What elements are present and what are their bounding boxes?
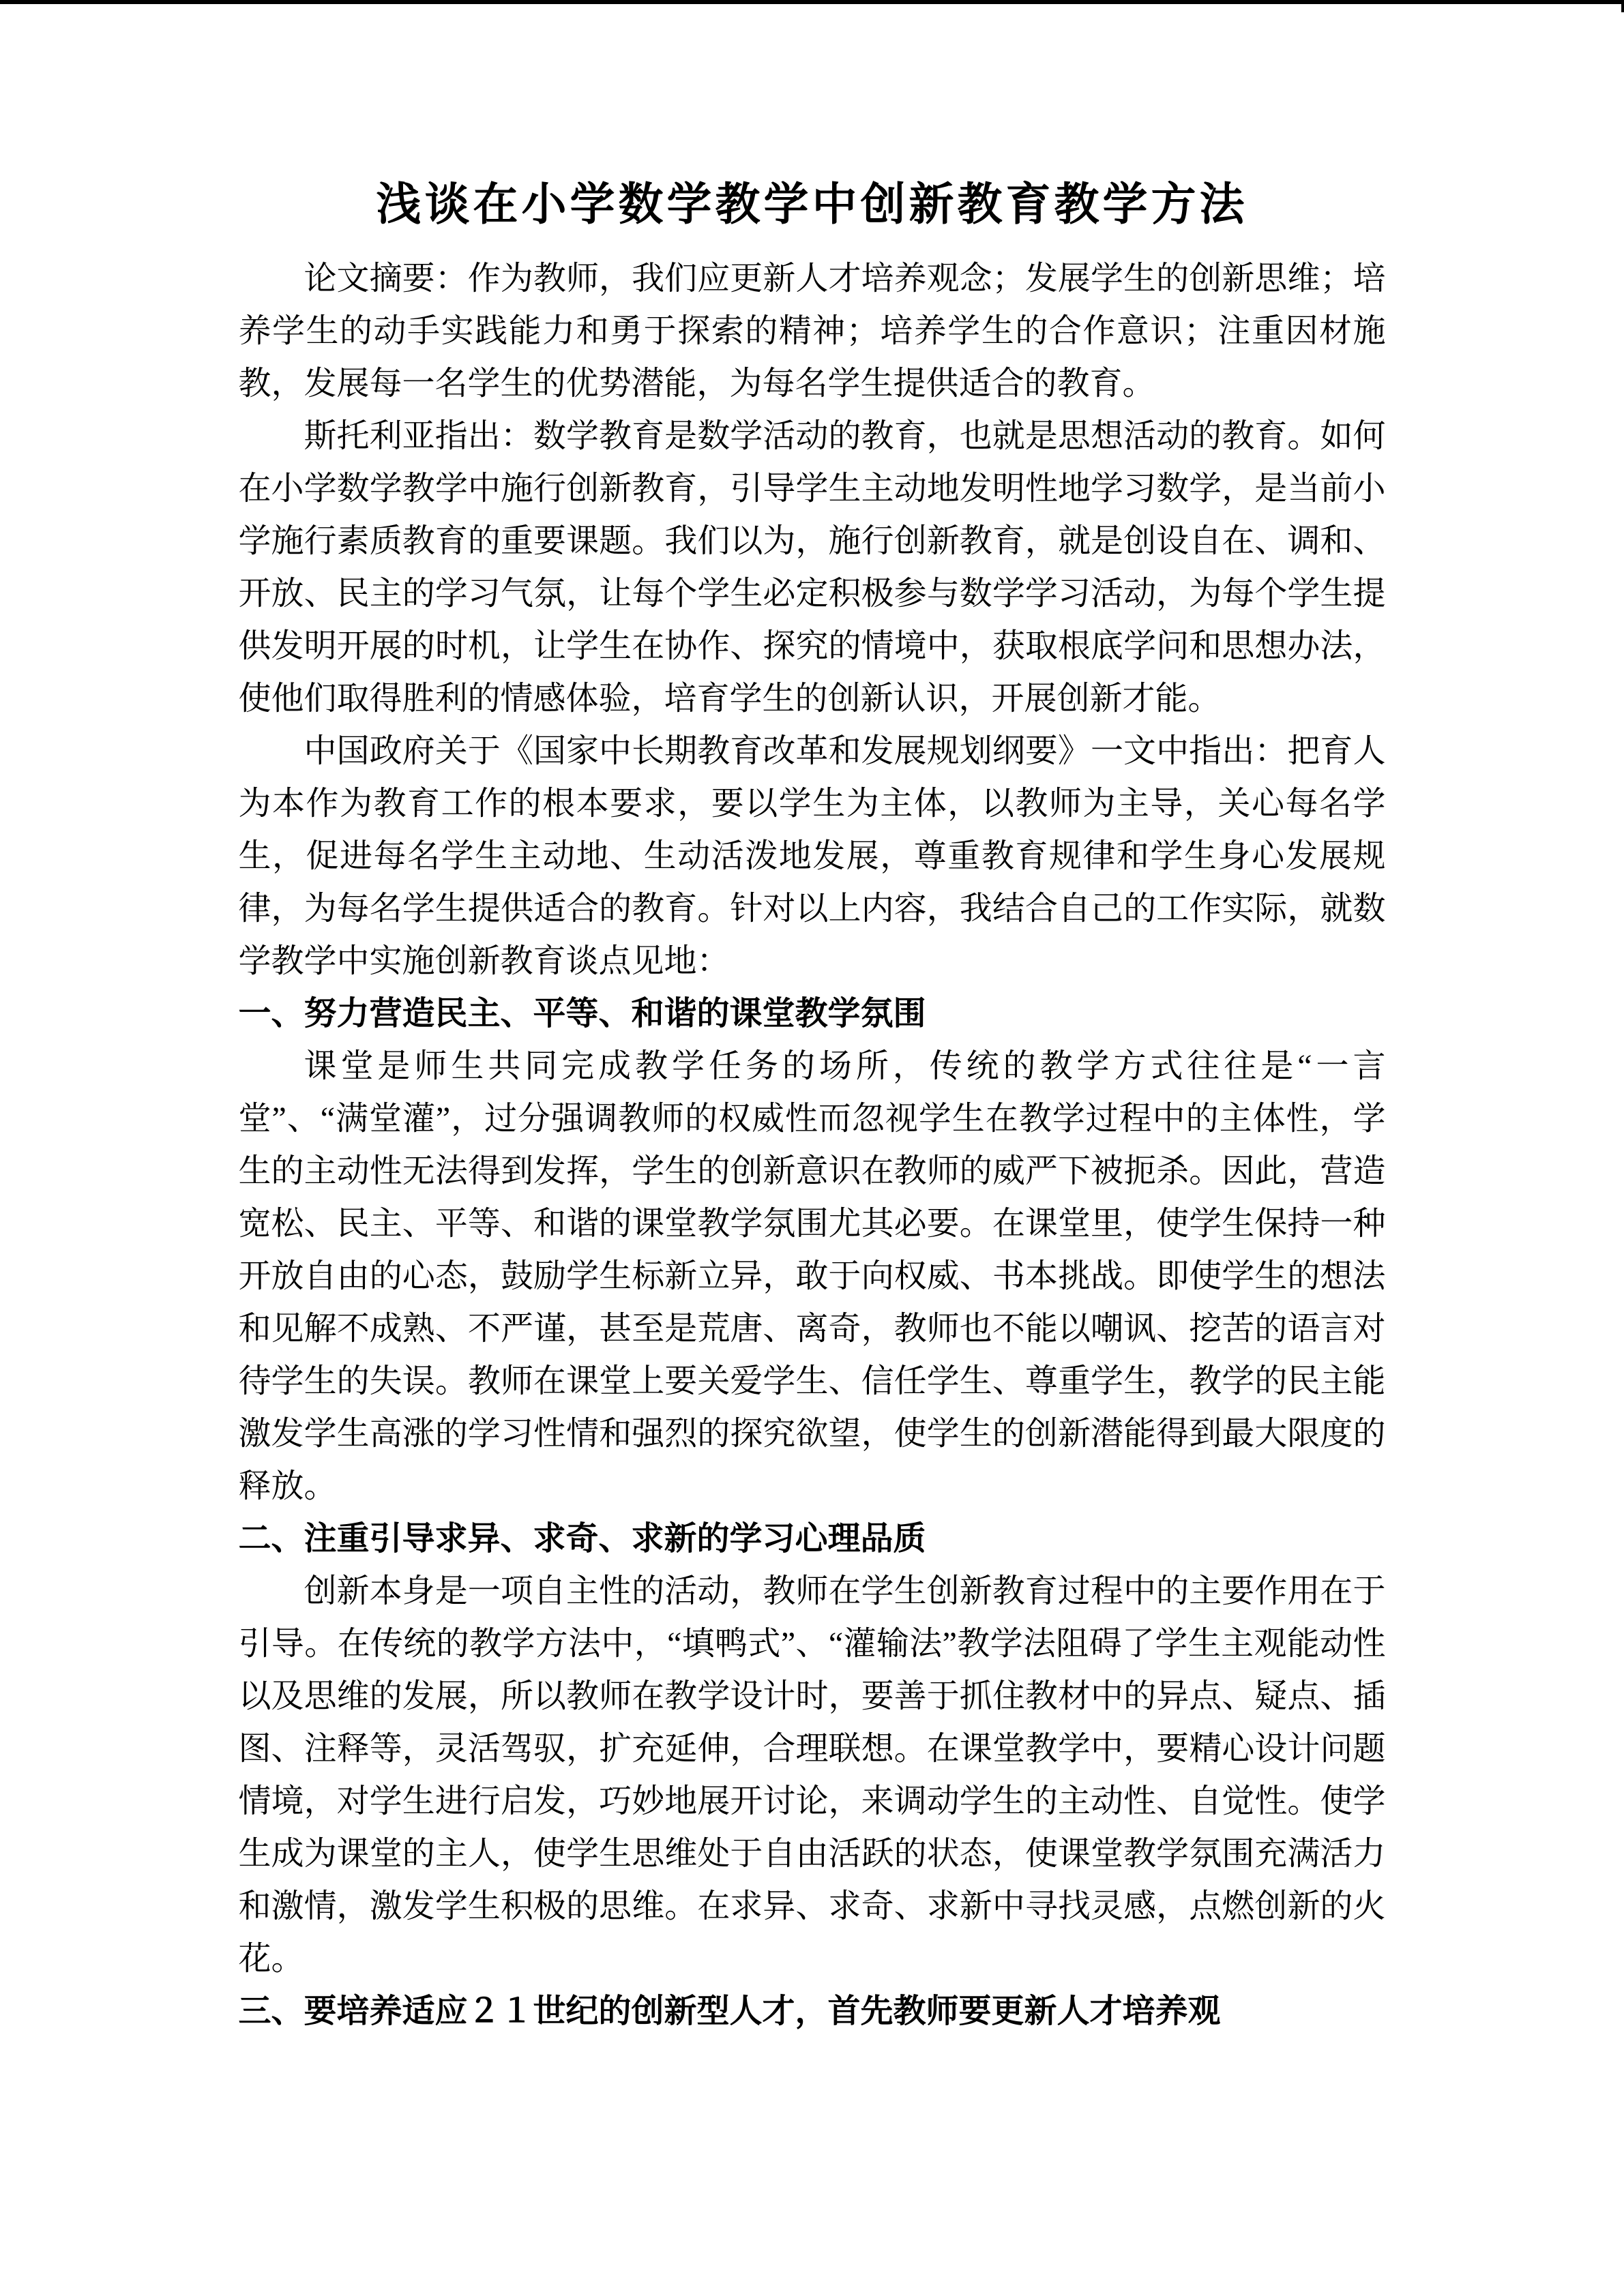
scan-edge-top	[0, 0, 1624, 4]
section-heading-2: 二、注重引导求异、求奇、求新的学习心理品质	[239, 1512, 1386, 1565]
abstract-paragraph: 论文摘要：作为教师，我们应更新人才培养观念；发展学生的创新思维；培养学生的动手实…	[239, 252, 1386, 410]
document-title: 浅谈在小学数学教学中创新教育教学方法	[239, 177, 1386, 233]
section-heading-1: 一、努力营造民主、平等、和谐的课堂教学氛围	[239, 987, 1386, 1040]
scan-edge-right	[1621, 0, 1624, 12]
intro-paragraph-stolyar: 斯托利亚指出：数学教育是数学活动的教育，也就是思想活动的教育。如何在小学数学教学…	[239, 410, 1386, 725]
section-heading-3: 三、要培养适应２１世纪的创新型人才，首先教师要更新人才培养观	[239, 1985, 1386, 2038]
document-page-background: { "doc": { "title": "浅谈在小学数学教学中创新教育教学方法"…	[0, 0, 1624, 2296]
document-content: 浅谈在小学数学教学中创新教育教学方法 论文摘要：作为教师，我们应更新人才培养观念…	[239, 0, 1386, 2038]
intro-paragraph-policy: 中国政府关于《国家中长期教育改革和发展规划纲要》一文中指出：把育人为本作为教育工…	[239, 725, 1386, 987]
section-1-paragraph: 课堂是师生共同完成教学任务的场所，传统的教学方式往往是“一言堂”、“满堂灌”，过…	[239, 1040, 1386, 1512]
section-2-paragraph: 创新本身是一项自主性的活动，教师在学生创新教育过程中的主要作用在于引导。在传统的…	[239, 1565, 1386, 1985]
